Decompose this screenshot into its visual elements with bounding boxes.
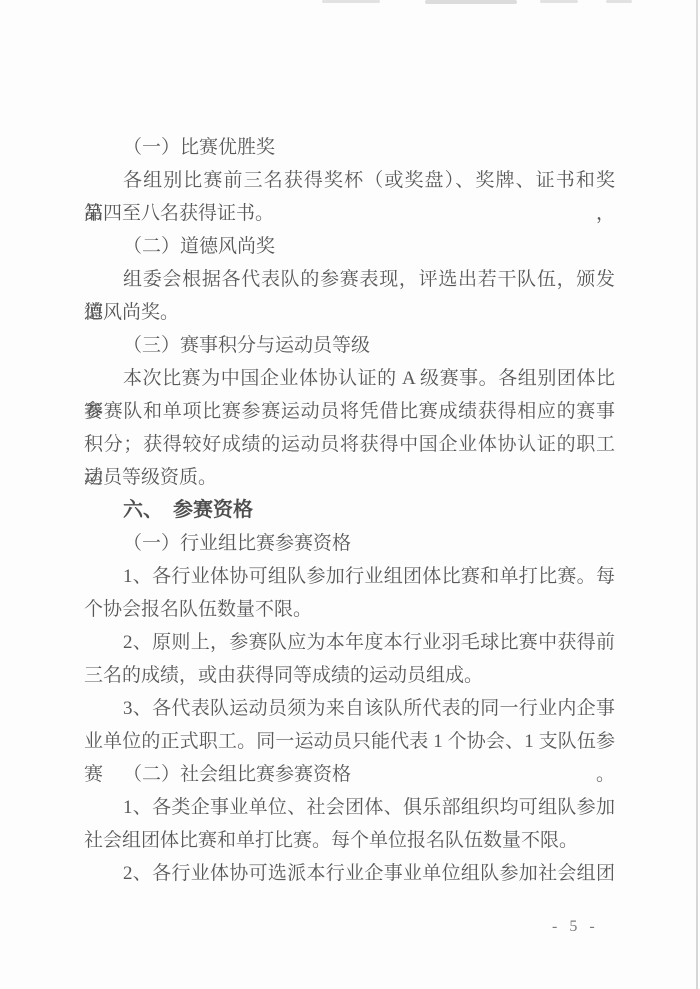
- text-line: 三名的成绩，或由获得同等成绩的运动员组成。: [84, 659, 615, 692]
- paragraph-award-winners: 各组别比赛前三名获得奖杯（或奖盘）、奖牌、证书和奖品， 第四至八名获得证书。: [84, 164, 615, 230]
- text-line: 个协会报名队伍数量不限。: [84, 593, 615, 626]
- text-line: 动员等级资质。: [84, 461, 615, 494]
- paragraph-social-item-1: 1、各类企事业单位、社会团体、俱乐部组织均可组队参加 社会组团体比赛和单打比赛。…: [84, 791, 615, 857]
- paragraph-industry-item-3: 3、各代表队运动员须为来自该队所代表的同一行业内企事 业单位的正式职工。同一运动…: [84, 692, 615, 758]
- section-heading-industry-group: （一）行业组比赛参赛资格: [84, 527, 615, 560]
- scanned-document-page: （一）比赛优胜奖 各组别比赛前三名获得奖杯（或奖盘）、奖牌、证书和奖品， 第四至…: [0, 0, 700, 989]
- text-line: （一）行业组比赛参赛资格: [84, 527, 615, 560]
- text-line: 1、各类企事业单位、社会团体、俱乐部组织均可组队参加: [84, 791, 615, 824]
- text-line: （三）赛事积分与运动员等级: [84, 329, 615, 362]
- text-line: 社会组团体比赛和单打比赛。每个单位报名队伍数量不限。: [84, 824, 615, 857]
- text-line: （二）道德风尚奖: [84, 230, 615, 263]
- paragraph-sportsmanship-award: 组委会根据各代表队的参赛表现，评选出若干队伍，颁发道 德风尚奖。: [84, 263, 615, 329]
- text-line: 各组别比赛前三名获得奖杯（或奖盘）、奖牌、证书和奖品，: [84, 164, 615, 197]
- text-line: 2、各行业体协可选派本行业企事业单位组队参加社会组团: [84, 857, 615, 890]
- section-heading-points-and-grades: （三）赛事积分与运动员等级: [84, 329, 615, 362]
- text-line: 2、原则上，参赛队应为本年度本行业羽毛球比赛中获得前: [84, 626, 615, 659]
- text-line: 组委会根据各代表队的参赛表现，评选出若干队伍，颁发道: [84, 263, 615, 296]
- text-line: 业单位的正式职工。同一运动员只能代表 1 个协会、1 支队伍参赛。: [84, 725, 615, 758]
- chapter-heading-eligibility: 六、 参赛资格: [84, 494, 615, 527]
- paragraph-industry-item-2: 2、原则上，参赛队应为本年度本行业羽毛球比赛中获得前 三名的成绩，或由获得同等成…: [84, 626, 615, 692]
- scan-smudge-artifact: [322, 0, 380, 3]
- section-heading-sportsmanship-award: （二）道德风尚奖: [84, 230, 615, 263]
- scan-smudge-artifact: [540, 0, 578, 3]
- paragraph-industry-item-1: 1、各行业体协可组队参加行业组团体比赛和单打比赛。每 个协会报名队伍数量不限。: [84, 560, 615, 626]
- text-line: 1、各行业体协可组队参加行业组团体比赛和单打比赛。每: [84, 560, 615, 593]
- text-line: 3、各代表队运动员须为来自该队所代表的同一行业内企事: [84, 692, 615, 725]
- page-number: - 5 -: [552, 918, 599, 936]
- text-line: 本次比赛为中国企业体协认证的 A 级赛事。各组别团体比赛: [84, 362, 615, 395]
- scan-smudge-artifact: [606, 0, 632, 3]
- text-line: 六、 参赛资格: [84, 494, 615, 527]
- text-line: 德风尚奖。: [84, 296, 615, 329]
- text-line: 积分；获得较好成绩的运动员将获得中国企业体协认证的职工运: [84, 428, 615, 461]
- paragraph-points-and-grades: 本次比赛为中国企业体协认证的 A 级赛事。各组别团体比赛 参赛队和单项比赛参赛运…: [84, 362, 615, 494]
- section-heading-award-winners: （一）比赛优胜奖: [84, 131, 615, 164]
- scan-edge-line: [696, 0, 698, 989]
- text-line: （一）比赛优胜奖: [84, 131, 615, 164]
- document-body: （一）比赛优胜奖 各组别比赛前三名获得奖杯（或奖盘）、奖牌、证书和奖品， 第四至…: [84, 131, 615, 890]
- scan-smudge-artifact: [425, 0, 517, 4]
- paragraph-social-item-2: 2、各行业体协可选派本行业企事业单位组队参加社会组团: [84, 857, 615, 890]
- text-line: 参赛队和单项比赛参赛运动员将凭借比赛成绩获得相应的赛事: [84, 395, 615, 428]
